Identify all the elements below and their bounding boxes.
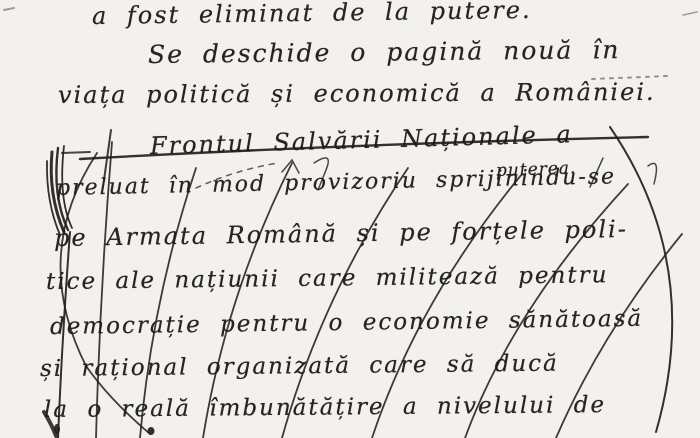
- manuscript-line-3: viața politică și economică a României.: [58, 78, 656, 109]
- manuscript-line-2: Se deschide o pagină nouă în: [148, 35, 621, 69]
- crossed-out-line-3: tice ale națiunii care militează pentru: [46, 262, 609, 295]
- crossed-out-line-5: și rațional organizată care să ducă: [40, 351, 559, 382]
- strike-lead-dash: [62, 152, 90, 153]
- dotted-mark: [683, 12, 697, 15]
- strike-tick: [104, 130, 111, 180]
- ink-blot: [54, 424, 155, 435]
- crossed-out-line-4: democrație pentru o economie sănătoasă: [50, 306, 644, 340]
- crossed-out-line-1: preluat în mod provizoriu sprijinindu-se: [56, 164, 617, 201]
- crossed-out-line-2: pe Armata Română și pe forțele poli-: [54, 215, 628, 252]
- crossed-out-heading: Frontul Salvării Naționale a: [150, 120, 573, 160]
- dotted-mark: [4, 8, 14, 10]
- right-bracket-stroke: [610, 127, 672, 432]
- insertion-hook: [648, 163, 656, 184]
- manuscript-page: a fost eliminat de la putere. Se deschid…: [0, 0, 700, 438]
- manuscript-line-1: a fost eliminat de la putere.: [92, 0, 532, 30]
- crossed-out-line-6: la o reală îmbunătățire a nivelului de: [44, 392, 606, 423]
